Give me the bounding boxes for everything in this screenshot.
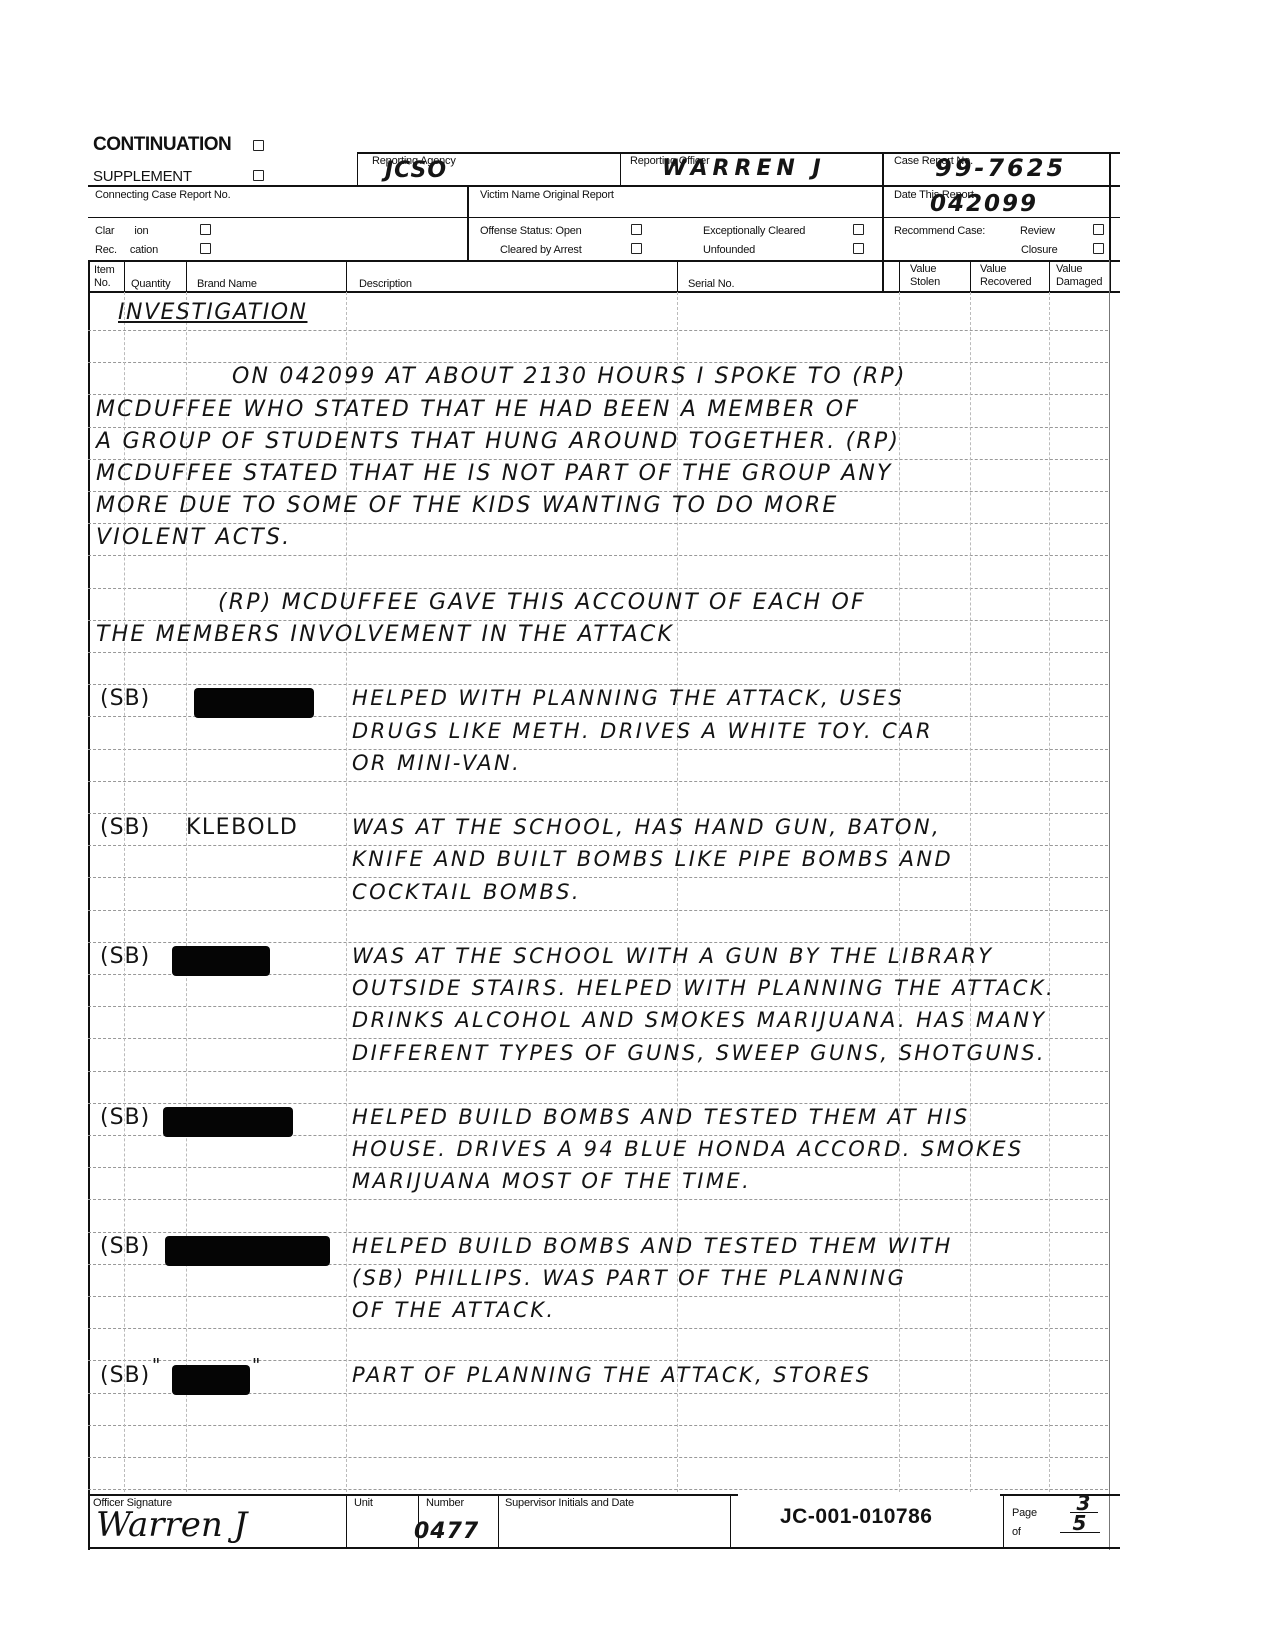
- ruled-line: [88, 1167, 1108, 1168]
- classification-checkbox[interactable]: [200, 224, 211, 235]
- ruled-line: [88, 1199, 1108, 1200]
- ruled-line: [88, 1296, 1108, 1297]
- continuation-checkbox[interactable]: [253, 140, 264, 151]
- supplement-checkbox[interactable]: [253, 170, 264, 181]
- entry-line: OF THE ATTACK.: [352, 1298, 556, 1322]
- page-label: Page: [1012, 1507, 1037, 1519]
- ruled-line: [88, 1038, 1108, 1039]
- victim-name-label: Victim Name Original Report: [480, 189, 614, 201]
- entry-line: HELPED BUILD BOMBS AND TESTED THEM AT HI…: [352, 1105, 970, 1129]
- ruled-line: [88, 942, 1108, 943]
- ruled-line: [88, 1006, 1108, 1007]
- subject-name: KLEBOLD: [186, 815, 298, 840]
- column-guide: [1049, 292, 1050, 1492]
- ruled-line: [88, 555, 1108, 556]
- entry-line: DRUGS LIKE METH. DRIVES A WHITE TOY. CAR: [352, 719, 933, 743]
- intro-line: A GROUP OF STUDENTS THAT HUNG AROUND TOG…: [96, 429, 900, 454]
- closure-label: Closure: [1021, 244, 1058, 256]
- ruled-line: [88, 1071, 1108, 1072]
- offense-open-checkbox[interactable]: [631, 224, 642, 235]
- col-brand-name: Brand Name: [197, 278, 257, 290]
- col-serial-no: Serial No.: [688, 278, 734, 290]
- ruled-line: [88, 330, 1108, 331]
- entry-line: COCKTAIL BOMBS.: [352, 880, 581, 904]
- reclassification-label-a: Rec.: [95, 244, 117, 256]
- col-value-damaged-b: Damaged: [1056, 276, 1102, 288]
- col-value-recovered-b: Recovered: [980, 276, 1031, 288]
- cleared-by-arrest-checkbox[interactable]: [631, 243, 642, 254]
- account-line: THE MEMBERS INVOLVEMENT IN THE ATTACK: [96, 622, 674, 647]
- intro-line: VIOLENT ACTS.: [96, 525, 291, 550]
- subject-tag: (SB): [100, 1234, 150, 1259]
- review-label: Review: [1020, 225, 1055, 237]
- of-label: of: [1012, 1526, 1021, 1538]
- col-value-damaged-a: Value: [1056, 263, 1082, 275]
- officer-signature[interactable]: Warren J: [96, 1505, 247, 1545]
- offense-status-open-label: Offense Status: Open: [480, 225, 582, 237]
- ruled-line: [88, 1328, 1108, 1329]
- subject-tag: (SB): [100, 1363, 150, 1388]
- col-value-stolen-b: Stolen: [910, 276, 940, 288]
- entry-line: OUTSIDE STAIRS. HELPED WITH PLANNING THE…: [352, 976, 1055, 1000]
- continuation-label: CONTINUATION: [93, 134, 231, 156]
- ruled-line: [88, 652, 1108, 653]
- bates-number: JC-001-010786: [780, 1505, 932, 1529]
- page-total[interactable]: 5: [1060, 1514, 1100, 1533]
- case-report-no-value[interactable]: 99-7625: [935, 154, 1066, 182]
- entry-line: HELPED WITH PLANNING THE ATTACK, USES: [352, 686, 904, 710]
- subject-tag: (SB): [100, 1105, 150, 1130]
- entry-line: (SB) PHILLIPS. WAS PART OF THE PLANNING: [352, 1266, 906, 1290]
- supplement-label: SUPPLEMENT: [93, 168, 192, 185]
- intro-line: MORE DUE TO SOME OF THE KIDS WANTING TO …: [96, 493, 838, 518]
- redaction-block: [165, 1236, 330, 1266]
- entry-line: DIFFERENT TYPES OF GUNS, SWEEP GUNS, SHO…: [352, 1041, 1046, 1065]
- recommend-case-label: Recommend Case:: [894, 225, 985, 237]
- column-guide: [970, 292, 971, 1492]
- reporting-agency-value[interactable]: JCSO: [385, 158, 447, 183]
- ruled-line: [88, 1457, 1108, 1458]
- redaction-block: [163, 1107, 293, 1137]
- ruled-line: [88, 427, 1108, 428]
- account-line: (RP) MCDUFFEE GAVE THIS ACCOUNT OF EACH …: [218, 590, 866, 615]
- subject-tag: (SB): [100, 686, 150, 711]
- entry-line: WAS AT THE SCHOOL, HAS HAND GUN, BATON,: [352, 815, 941, 839]
- classification-label-a: Clar: [95, 225, 114, 237]
- col-item-no-b: No.: [94, 277, 111, 289]
- unit-label: Unit: [354, 1497, 373, 1509]
- ruled-line: [88, 813, 1108, 814]
- ruled-line: [88, 620, 1108, 621]
- entry-line: OR MINI-VAN.: [352, 751, 521, 775]
- redaction-block: [172, 1365, 250, 1395]
- review-checkbox[interactable]: [1093, 224, 1104, 235]
- intro-line: MCDUFFEE STATED THAT HE IS NOT PART OF T…: [96, 461, 893, 486]
- connecting-case-label: Connecting Case Report No.: [95, 189, 230, 201]
- redaction-block: [194, 688, 314, 718]
- unfounded-checkbox[interactable]: [853, 243, 864, 254]
- ruled-line: [88, 588, 1108, 589]
- reclassification-checkbox[interactable]: [200, 243, 211, 254]
- ruled-line: [88, 1425, 1108, 1426]
- col-value-recovered-a: Value: [980, 263, 1006, 275]
- ruled-line: [88, 1489, 1108, 1490]
- open-quote: ": [152, 1355, 162, 1376]
- entry-line: DRINKS ALCOHOL AND SMOKES MARIJUANA. HAS…: [352, 1008, 1047, 1032]
- ruled-line: [88, 459, 1108, 460]
- ruled-line: [88, 362, 1108, 363]
- ruled-line: [88, 394, 1108, 395]
- supervisor-initials-label: Supervisor Initials and Date: [505, 1497, 634, 1509]
- subject-tag: (SB): [100, 815, 150, 840]
- reclassification-label-b: cation: [130, 244, 158, 256]
- classification-label-b: ion: [134, 225, 148, 237]
- ruled-line: [88, 845, 1108, 846]
- ruled-line: [88, 877, 1108, 878]
- exceptionally-cleared-checkbox[interactable]: [853, 224, 864, 235]
- narrative-heading: INVESTIGATION: [118, 300, 307, 325]
- ruled-line: [88, 910, 1108, 911]
- ruled-line: [88, 1103, 1108, 1104]
- intro-line: ON 042099 AT ABOUT 2130 HOURS I SPOKE TO…: [232, 364, 907, 389]
- redaction-block: [172, 946, 270, 976]
- closure-checkbox[interactable]: [1093, 243, 1104, 254]
- date-this-report-value[interactable]: 042099: [930, 191, 1038, 217]
- column-guide: [899, 292, 900, 1492]
- ruled-line: [88, 1360, 1108, 1361]
- entry-line: HOUSE. DRIVES A 94 BLUE HONDA ACCORD. SM…: [352, 1137, 1024, 1161]
- cleared-by-arrest-label: Cleared by Arrest: [500, 244, 582, 256]
- subject-tag: (SB): [100, 944, 150, 969]
- entry-line: HELPED BUILD BOMBS AND TESTED THEM WITH: [352, 1234, 953, 1258]
- col-item-no-a: Item: [94, 264, 115, 276]
- reporting-officer-value[interactable]: WARREN J: [662, 156, 826, 181]
- intro-line: MCDUFFEE WHO STATED THAT HE HAD BEEN A M…: [96, 397, 860, 422]
- entry-line: PART OF PLANNING THE ATTACK, STORES: [352, 1363, 872, 1387]
- ruled-line: [88, 749, 1108, 750]
- col-description: Description: [359, 278, 412, 290]
- ruled-line: [88, 523, 1108, 524]
- col-value-stolen-a: Value: [910, 263, 936, 275]
- col-quantity: Quantity: [131, 278, 170, 290]
- ruled-line: [88, 1232, 1108, 1233]
- ruled-line: [88, 781, 1108, 782]
- exceptionally-cleared-label: Exceptionally Cleared: [703, 225, 805, 237]
- entry-line: WAS AT THE SCHOOL WITH A GUN BY THE LIBR…: [352, 944, 994, 968]
- number-label: Number: [426, 1497, 464, 1509]
- close-quote: ": [252, 1355, 262, 1376]
- ruled-line: [88, 491, 1108, 492]
- entry-line: KNIFE AND BUILT BOMBS LIKE PIPE BOMBS AN…: [352, 847, 953, 871]
- entry-line: MARIJUANA MOST OF THE TIME.: [352, 1169, 751, 1193]
- ruled-line: [88, 684, 1108, 685]
- unfounded-label: Unfounded: [703, 244, 755, 256]
- number-value[interactable]: 0477: [414, 1519, 479, 1544]
